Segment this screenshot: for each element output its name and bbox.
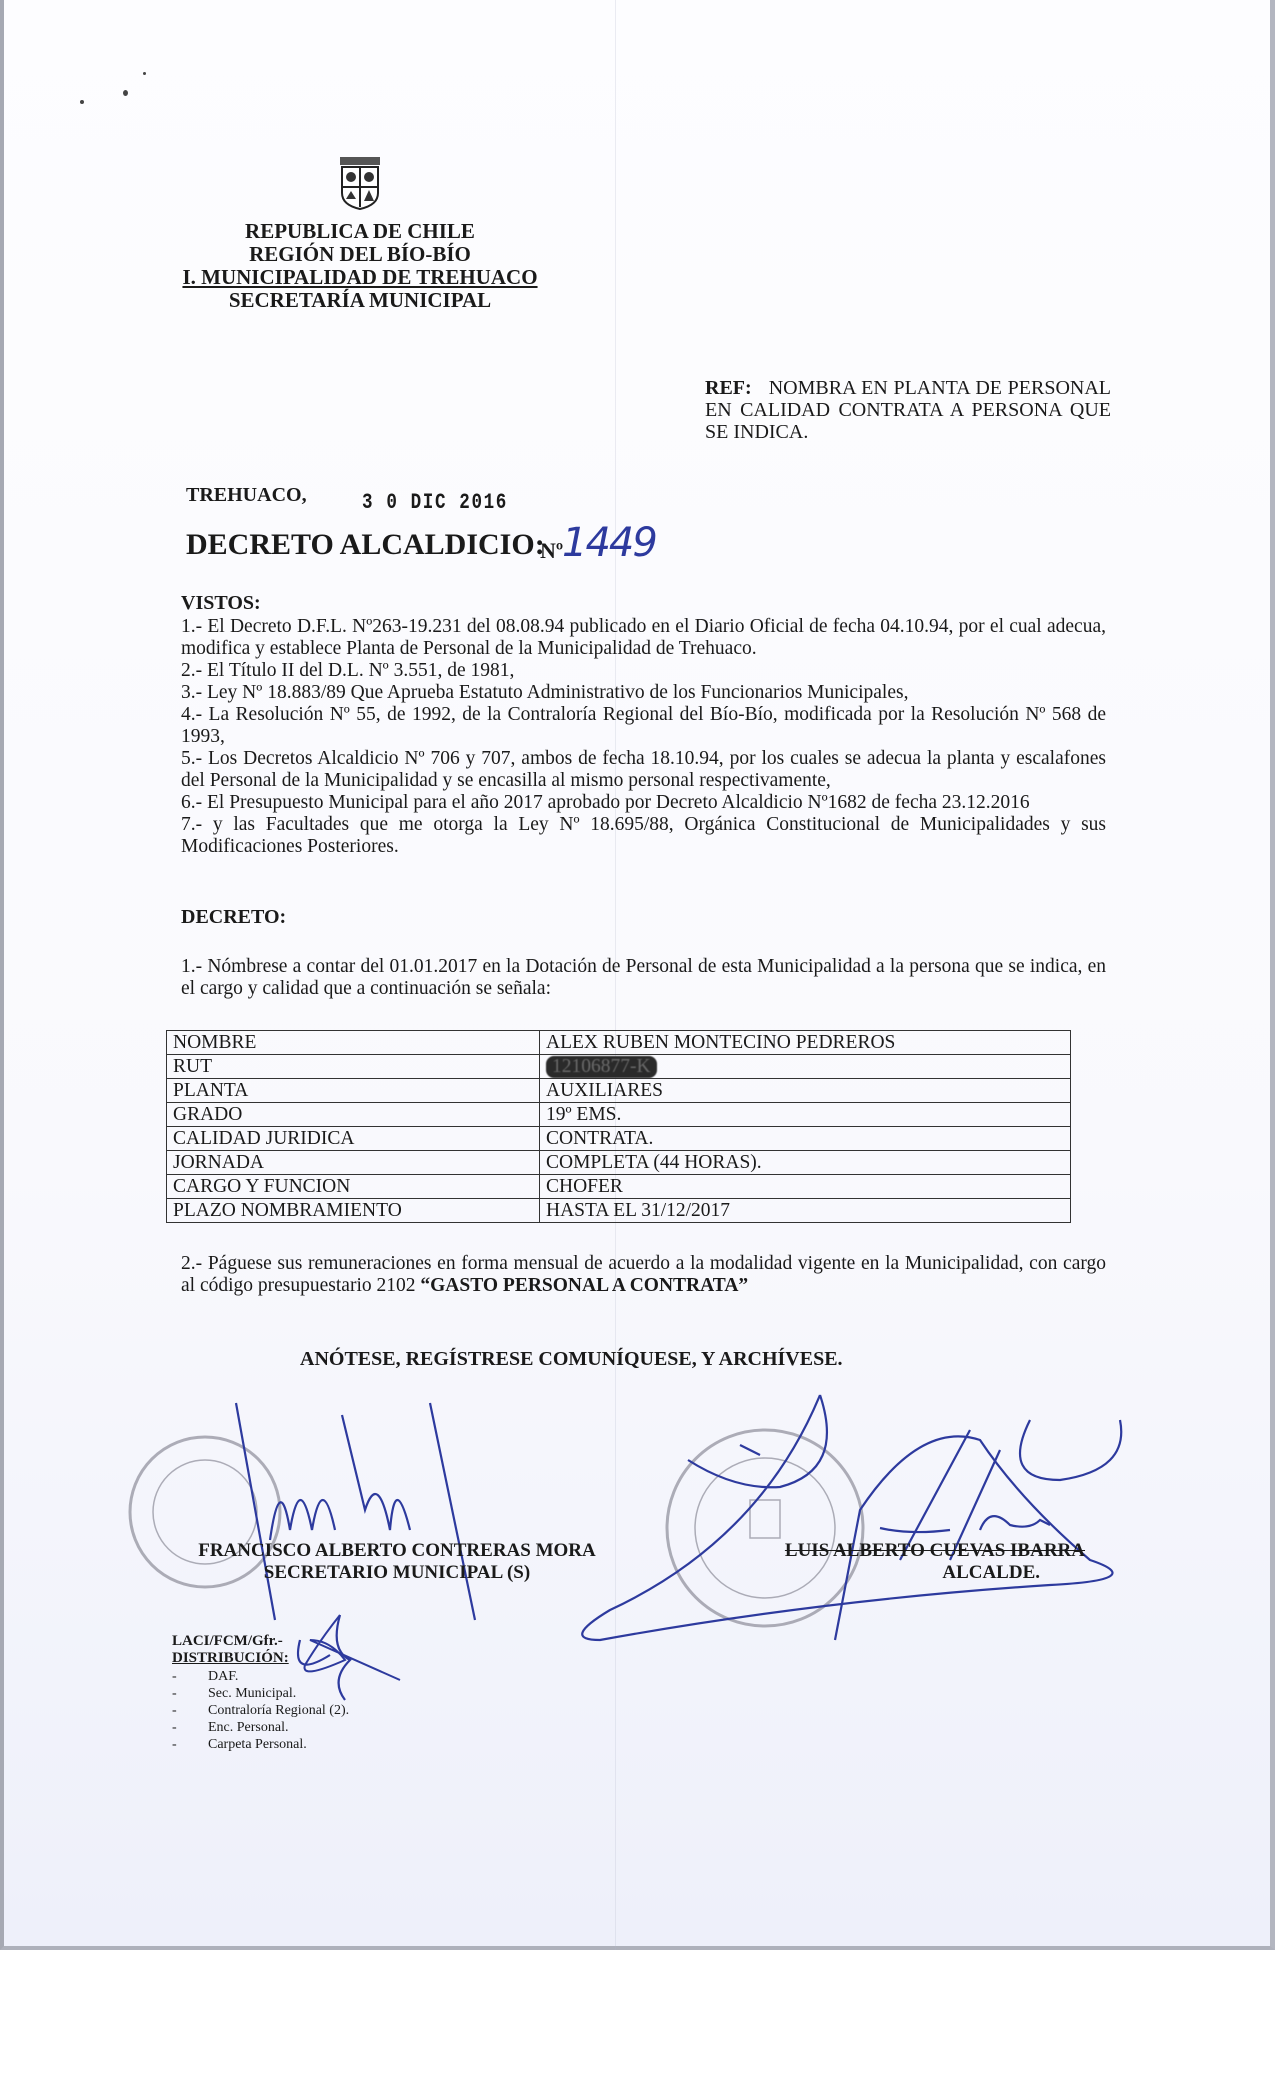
table-value: ALEX RUBEN MONTECINO PEDREROS — [540, 1031, 1071, 1055]
speck — [123, 90, 128, 96]
letterhead: REPUBLICA DE CHILE REGIÓN DEL BÍO-BÍO I.… — [150, 155, 570, 312]
vistos-item: 1.- El Decreto D.F.L. Nº263-19.231 del 0… — [181, 616, 1106, 660]
table-row: JORNADACOMPLETA (44 HORAS). — [167, 1151, 1071, 1175]
vistos-item: 3.- Ley Nº 18.883/89 Que Aprueba Estatut… — [181, 682, 1106, 704]
table-row: PLAZO NOMBRAMIENTOHASTA EL 31/12/2017 — [167, 1199, 1071, 1223]
distribution-title: DISTRIBUCIÓN: — [172, 1650, 289, 1667]
vistos-item: 6.- El Presupuesto Municipal para el año… — [181, 792, 1106, 814]
decreto-paragraph-2: 2.- Páguese sus remuneraciones en forma … — [181, 1253, 1106, 1297]
vistos-item: 7.- y las Facultades que me otorga la Le… — [181, 814, 1106, 858]
table-key: RUT — [167, 1055, 540, 1079]
header-line-municipality: I. MUNICIPALIDAD DE TREHUACO — [150, 266, 570, 289]
table-row: RUT12106877-K — [167, 1055, 1071, 1079]
header-line-office: SECRETARÍA MUNICIPAL — [150, 289, 570, 312]
table-key: NOMBRE — [167, 1031, 540, 1055]
mayor-role: ALCALDE. — [750, 1562, 1085, 1584]
table-value: 12106877-K — [540, 1055, 1071, 1079]
distribution-list: DAF. Sec. Municipal. Contraloría Regiona… — [172, 1668, 349, 1753]
appointment-table: NOMBREALEX RUBEN MONTECINO PEDREROS RUT1… — [166, 1030, 1071, 1223]
table-value: CONTRATA. — [540, 1127, 1071, 1151]
place-label: TREHUACO, — [186, 484, 307, 507]
table-value: 19º EMS. — [540, 1103, 1071, 1127]
signatory-secretary: FRANCISCO ALBERTO CONTRERAS MORA SECRETA… — [182, 1540, 612, 1584]
decreto-paragraph-1: 1.- Nómbrese a contar del 01.01.2017 en … — [181, 956, 1106, 1000]
table-value: COMPLETA (44 HORAS). — [540, 1151, 1071, 1175]
table-key: CALIDAD JURIDICA — [167, 1127, 540, 1151]
table-row: PLANTAAUXILIARES — [167, 1079, 1071, 1103]
table-row: NOMBREALEX RUBEN MONTECINO PEDREROS — [167, 1031, 1071, 1055]
table-key: PLAZO NOMBRAMIENTO — [167, 1199, 540, 1223]
table-row: CARGO Y FUNCIONCHOFER — [167, 1175, 1071, 1199]
table-key: PLANTA — [167, 1079, 540, 1103]
redacted-rut: 12106877-K — [546, 1056, 657, 1078]
reference-block: REF: NOMBRA EN PLANTA DE PERSONAL EN CAL… — [705, 377, 1111, 443]
table-key: GRADO — [167, 1103, 540, 1127]
decree-number-label: Nº — [540, 538, 563, 564]
vistos-section: VISTOS: 1.- El Decreto D.F.L. Nº263-19.2… — [181, 614, 1106, 858]
ref-text: NOMBRA EN PLANTA DE PERSONAL EN CALIDAD … — [705, 377, 1111, 443]
vistos-item: 2.- El Título II del D.L. Nº 3.551, de 1… — [181, 660, 1106, 682]
coat-of-arms-icon — [336, 155, 384, 211]
distribution-item: Sec. Municipal. — [172, 1685, 349, 1702]
table-row: CALIDAD JURIDICACONTRATA. — [167, 1127, 1071, 1151]
table-value: AUXILIARES — [540, 1079, 1071, 1103]
ref-label: REF: — [705, 377, 752, 399]
drafter-initials: LACI/FCM/Gfr.- — [172, 1633, 289, 1650]
signatory-mayor: LUIS ALBERTO CUEVAS IBARRA ALCALDE. — [750, 1540, 1085, 1584]
speck — [143, 72, 146, 75]
budget-item-name: “GASTO PERSONAL A CONTRATA” — [420, 1275, 748, 1296]
table-value: HASTA EL 31/12/2017 — [540, 1199, 1071, 1223]
decree-title: DECRETO ALCALDICIO: — [186, 528, 545, 562]
footer-initials-block: LACI/FCM/Gfr.- DISTRIBUCIÓN: — [172, 1633, 289, 1667]
vistos-item: 4.- La Resolución Nº 55, de 1992, de la … — [181, 704, 1106, 748]
distribution-item: Enc. Personal. — [172, 1719, 349, 1736]
table-row: GRADO19º EMS. — [167, 1103, 1071, 1127]
date-stamp: 3 0 DIC 2016 — [362, 490, 508, 515]
vistos-title: VISTOS: — [181, 592, 1106, 614]
header-line-region: REGIÓN DEL BÍO-BÍO — [150, 243, 570, 266]
closing-formula: ANÓTESE, REGÍSTRESE COMUNÍQUESE, Y ARCHÍ… — [300, 1348, 843, 1371]
decree-number-handwritten: 1449 — [562, 520, 656, 566]
distribution-item: Carpeta Personal. — [172, 1736, 349, 1753]
secretary-name: FRANCISCO ALBERTO CONTRERAS MORA — [182, 1540, 612, 1562]
speck — [80, 100, 84, 104]
table-value: CHOFER — [540, 1175, 1071, 1199]
vistos-item: 5.- Los Decretos Alcaldicio Nº 706 y 707… — [181, 748, 1106, 792]
distribution-item: Contraloría Regional (2). — [172, 1702, 349, 1719]
distribution-item: DAF. — [172, 1668, 349, 1685]
table-key: JORNADA — [167, 1151, 540, 1175]
decreto-title: DECRETO: — [181, 906, 286, 929]
secretary-role: SECRETARIO MUNICIPAL (S) — [182, 1562, 612, 1584]
mayor-name: LUIS ALBERTO CUEVAS IBARRA — [750, 1540, 1085, 1562]
header-line-country: REPUBLICA DE CHILE — [150, 220, 570, 243]
table-key: CARGO Y FUNCION — [167, 1175, 540, 1199]
